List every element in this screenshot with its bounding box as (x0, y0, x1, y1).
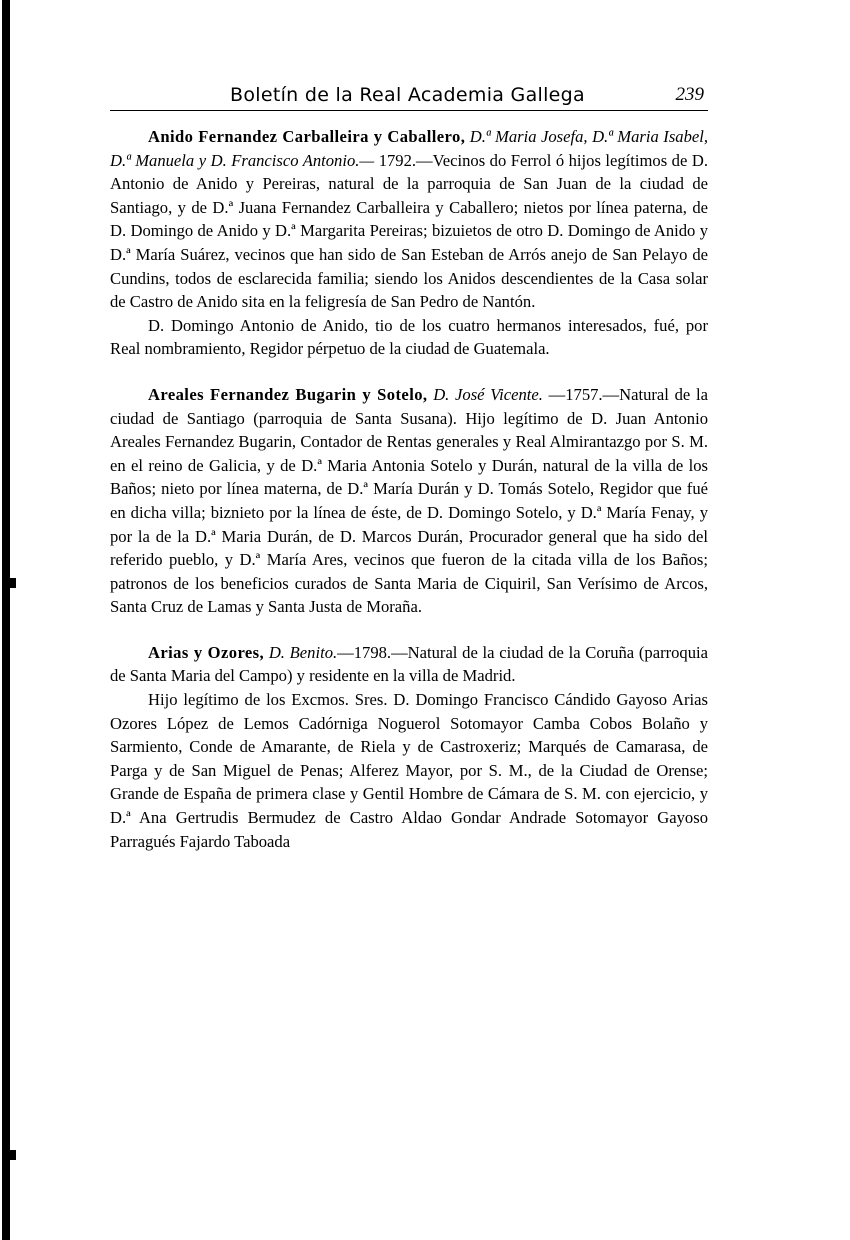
entry-paragraph: Areales Fernandez Bugarin y Sotelo, D. J… (110, 383, 708, 619)
entry-names: D. Benito. (269, 643, 337, 662)
document-body: Anido Fernandez Carballeira y Caballero,… (110, 125, 708, 853)
page-number: 239 (676, 84, 705, 106)
entry-text: —1757.—Natural de la ciudad de Santiago … (110, 385, 708, 616)
document-page: Boletín de la Real Academia Gallega 239 … (110, 82, 708, 853)
entry-text: 1792.—Vecinos do Ferrol ó hijos legítimo… (110, 151, 708, 312)
scan-binding-edge (2, 0, 10, 1240)
running-header: Boletín de la Real Academia Gallega 239 (110, 82, 708, 111)
entry-heading: Arias y Ozores, (148, 643, 264, 662)
entry-paragraph: D. Domingo Antonio de Anido, tio de los … (110, 314, 708, 361)
binding-mark (2, 1150, 16, 1160)
entry-paragraph: Anido Fernandez Carballeira y Caballero,… (110, 125, 708, 314)
entry-paragraph: Hijo legítimo de los Excmos. Sres. D. Do… (110, 688, 708, 853)
entry-heading: Anido Fernandez Carballeira y Caballero, (148, 127, 465, 146)
genealogy-entry: Anido Fernandez Carballeira y Caballero,… (110, 125, 708, 361)
genealogy-entry: Areales Fernandez Bugarin y Sotelo, D. J… (110, 383, 708, 619)
journal-title: Boletín de la Real Academia Gallega (230, 84, 585, 106)
binding-mark (2, 578, 16, 588)
entry-names: D. José Vicente. (433, 385, 543, 404)
entry-heading: Areales Fernandez Bugarin y Sotelo, (148, 385, 427, 404)
genealogy-entry: Arias y Ozores, D. Benito.—1798.—Natural… (110, 641, 708, 853)
entry-paragraph: Arias y Ozores, D. Benito.—1798.—Natural… (110, 641, 708, 688)
